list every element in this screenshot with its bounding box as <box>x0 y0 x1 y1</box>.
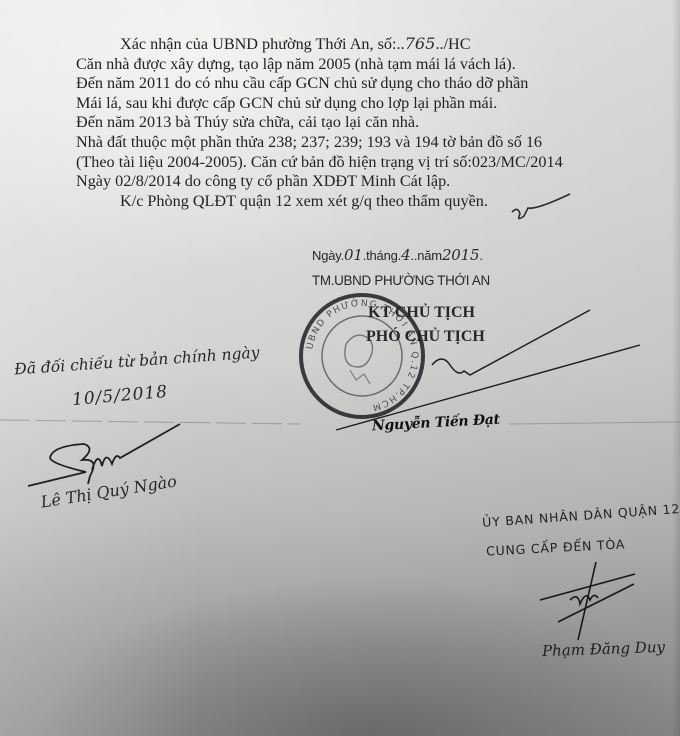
header-suffix: ../HC <box>435 35 470 53</box>
year-value: 2015 <box>442 246 479 264</box>
body-line: Ngày 02/8/2014 do công ty cổ phần XDĐT M… <box>76 172 636 192</box>
date-end: . <box>479 248 482 263</box>
official-seal-icon: UBND PHƯỜNG THỚI AN Q.12 TP.HCM <box>298 292 426 420</box>
month-label: tháng <box>366 248 398 263</box>
body-line: Đến năm 2013 bà Thúy sửa chữa, cải tạo l… <box>76 113 636 133</box>
issue-date: Ngày.01.tháng.4..năm2015. <box>312 246 612 264</box>
body-line: (Theo tài liệu 2004-2005). Căn cứ bản đồ… <box>76 153 636 173</box>
issuer-name: TM.UBND PHƯỜNG THỚI AN <box>312 273 490 288</box>
paper-edge-shadow <box>672 0 680 736</box>
body-line: Đến năm 2011 do có nhu cầu cấp GCN chủ s… <box>76 74 636 94</box>
forward-line: K/c Phòng QLĐT quận 12 xem xét g/q theo … <box>76 192 636 212</box>
document-body: Xác nhận của UBND phường Thới An, số:..7… <box>76 34 636 211</box>
year-label: năm <box>417 248 442 263</box>
body-line: Nhà đất thuộc một phần thửa 238; 237; 23… <box>76 133 636 153</box>
body-line: Mái lá, sau khi được cấp GCN chủ sử dụng… <box>76 94 636 114</box>
day-value: 01 <box>344 246 363 264</box>
header-prefix: Xác nhận của UBND phường Thới An, số:.. <box>120 35 405 53</box>
document-header: Xác nhận của UBND phường Thới An, số:..7… <box>76 34 636 55</box>
day-label: Ngày. <box>312 248 344 263</box>
body-line: Căn nhà được xây dựng, tạo lập năm 2005 … <box>76 55 636 75</box>
official-signature-block: Ngày.01.tháng.4..năm2015. TM.UBND PHƯỜNG… <box>312 246 612 264</box>
header-number-handwritten: 765 <box>405 34 436 53</box>
